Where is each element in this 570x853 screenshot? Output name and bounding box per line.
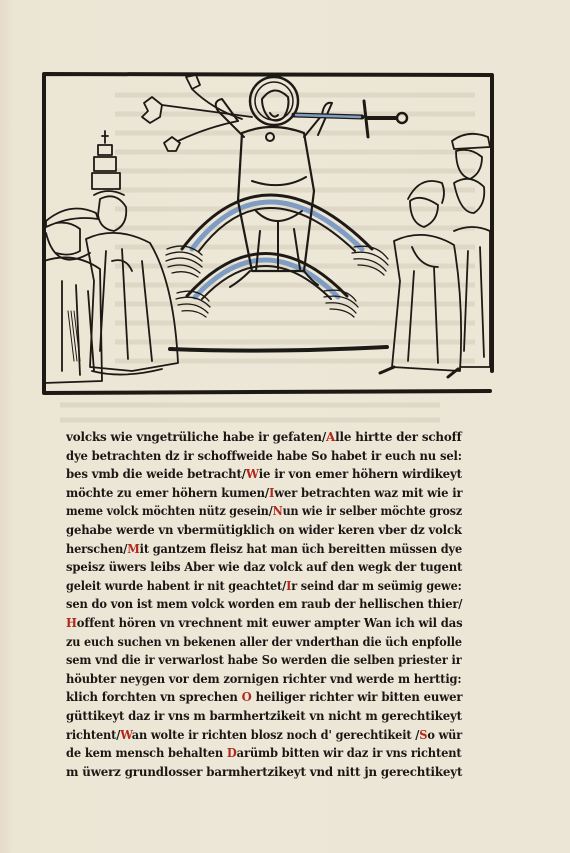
text-line-content: sem vnd die ir verwarlost habe So werden…	[66, 651, 462, 670]
text-line-content: speisz üwers leibs Aber wie daz volck au…	[66, 558, 462, 577]
text-segment: de kem mensch behalten	[66, 746, 227, 760]
text-segment: geleit wurde habent ir nit geachtet/	[66, 579, 286, 593]
text-segment: an wolte ir richten blosz noch d' gerech…	[132, 728, 419, 742]
text-line: Hoffent hören vn vrechnent mit euwer amp…	[66, 614, 466, 633]
text-block: volcks wie vngetrüliche habe ir gefaten/…	[66, 428, 466, 781]
text-line: volcks wie vngetrüliche habe ir gefaten/…	[66, 428, 466, 447]
text-line: sen do von ist mem volck worden em raub …	[66, 595, 466, 614]
text-segment: zu euch suchen vn bekenen aller der vnde…	[66, 635, 462, 649]
text-segment: güttikeyt daz ir vns m barmhertzikeit vn…	[66, 709, 462, 723]
text-line: herschen/Mit gantzem fleisz hat man üch …	[66, 540, 466, 559]
woodcut-svg	[42, 71, 494, 397]
text-line-content: möchte zu emer höhern kumen/Iwer betrach…	[66, 484, 462, 503]
text-line-content: de kem mensch behalten Darümb bitten wir…	[66, 744, 462, 763]
text-segment: bes vmb die weide betracht/	[66, 467, 246, 481]
text-line: güttikeyt daz ir vns m barmhertzikeit vn…	[66, 707, 466, 726]
text-line-content: bes vmb die weide betracht/Wie ir von em…	[66, 465, 462, 484]
text-segment: richtent/	[66, 728, 120, 742]
text-line: sem vnd die ir verwarlost habe So werden…	[66, 651, 466, 670]
text-line-content: richtent/Wan wolte ir richten blosz noch…	[66, 726, 462, 745]
text-segment: gehabe werde vn vbermütigklich on wider …	[66, 523, 462, 537]
lily-branch	[142, 75, 252, 151]
text-segment: sem vnd die ir verwarlost habe So werden…	[66, 653, 462, 667]
text-segment: wer betrachten waz mit wie ir	[274, 486, 462, 500]
rubricated-initial: S	[419, 728, 427, 742]
rubricated-initial: O	[242, 690, 252, 704]
clergy-group	[380, 134, 490, 377]
text-segment: un wie ir selber möchte grosz	[283, 504, 462, 518]
text-line: dye betrachten dz ir schoffweide habe So…	[66, 447, 466, 466]
text-line-content: m üwerz grundlosser barmhertzikeyt vnd n…	[66, 763, 462, 782]
text-line-content: herschen/Mit gantzem fleisz hat man üch …	[66, 540, 462, 559]
text-segment: o wür	[427, 728, 462, 742]
text-segment: it gantzem fleisz hat man üch bereitten …	[140, 542, 462, 556]
rubricated-initial: D	[227, 746, 237, 760]
text-segment: arümb bitten wir daz ir vns richtent	[237, 746, 462, 760]
rubricated-initial: M	[127, 542, 139, 556]
text-segment: meme volck möchten nütz gesein/	[66, 504, 273, 518]
text-line-content: höubter neygen vor dem zornigen richter …	[66, 670, 462, 689]
text-segment: offent hören vn vrechnent mit euwer ampt…	[77, 616, 463, 630]
text-line-content: volcks wie vngetrüliche habe ir gefaten/…	[66, 428, 462, 447]
text-segment: heiliger richter wir bitten euwer	[252, 690, 463, 704]
text-line: meme volck möchten nütz gesein/Nun wie i…	[66, 502, 466, 521]
text-line: höubter neygen vor dem zornigen richter …	[66, 670, 466, 689]
text-segment: dye betrachten dz ir schoffweide habe So…	[66, 449, 462, 463]
text-line-content: klich forchten vn sprechen O heiliger ri…	[66, 688, 462, 707]
text-line: möchte zu emer höhern kumen/Iwer betrach…	[66, 484, 466, 503]
text-segment: r seind dar m seümig gewe:	[291, 579, 461, 593]
rubricated-initial: A	[326, 430, 335, 444]
book-page: volcks wie vngetrüliche habe ir gefaten/…	[0, 0, 570, 853]
woodcut-illustration	[42, 71, 494, 397]
pope-figure	[86, 131, 178, 375]
text-line-content: dye betrachten dz ir schoffweide habe So…	[66, 447, 462, 466]
text-line: bes vmb die weide betracht/Wie ir von em…	[66, 465, 466, 484]
text-line-content: gehabe werde vn vbermütigklich on wider …	[66, 521, 462, 540]
text-line: speisz üwers leibs Aber wie daz volck au…	[66, 558, 466, 577]
text-segment: klich forchten vn sprechen	[66, 690, 242, 704]
text-segment: volcks wie vngetrüliche habe ir gefaten/	[66, 430, 326, 444]
text-segment: möchte zu emer höhern kumen/	[66, 486, 269, 500]
text-segment: ie ir von emer höhern wirdikeyt	[259, 467, 462, 481]
text-line: klich forchten vn sprechen O heiliger ri…	[66, 688, 466, 707]
rubricated-initial: W	[120, 728, 132, 742]
christ-figure	[216, 77, 332, 287]
text-line: gehabe werde vn vbermütigklich on wider …	[66, 521, 466, 540]
text-segment: sen do von ist mem volck worden em raub …	[66, 597, 462, 611]
text-line: geleit wurde habent ir nit geachtet/Ir s…	[66, 577, 466, 596]
text-line-content: sen do von ist mem volck worden em raub …	[66, 595, 462, 614]
text-line-content: meme volck möchten nütz gesein/Nun wie i…	[66, 502, 462, 521]
text-segment: herschen/	[66, 542, 127, 556]
text-line: richtent/Wan wolte ir richten blosz noch…	[66, 726, 466, 745]
text-line: m üwerz grundlosser barmhertzikeyt vnd n…	[66, 763, 466, 782]
text-line-content: güttikeyt daz ir vns m barmhertzikeit vn…	[66, 707, 462, 726]
sword	[294, 101, 407, 137]
text-segment: m üwerz grundlosser barmhertzikeyt vnd n…	[66, 765, 462, 779]
text-line: de kem mensch behalten Darümb bitten wir…	[66, 744, 466, 763]
text-segment: speisz üwers leibs Aber wie daz volck au…	[66, 560, 462, 574]
text-line-content: Hoffent hören vn vrechnent mit euwer amp…	[66, 614, 462, 633]
text-line-content: geleit wurde habent ir nit geachtet/Ir s…	[66, 577, 462, 596]
text-segment: lle hirtte der schoff	[335, 430, 461, 444]
text-line: zu euch suchen vn bekenen aller der vnde…	[66, 633, 466, 652]
rubricated-initial: N	[273, 504, 283, 518]
rubricated-initial: H	[66, 616, 77, 630]
text-line-content: zu euch suchen vn bekenen aller der vnde…	[66, 633, 462, 652]
rubricated-initial: W	[246, 467, 259, 481]
text-segment: höubter neygen vor dem zornigen richter …	[66, 672, 462, 686]
